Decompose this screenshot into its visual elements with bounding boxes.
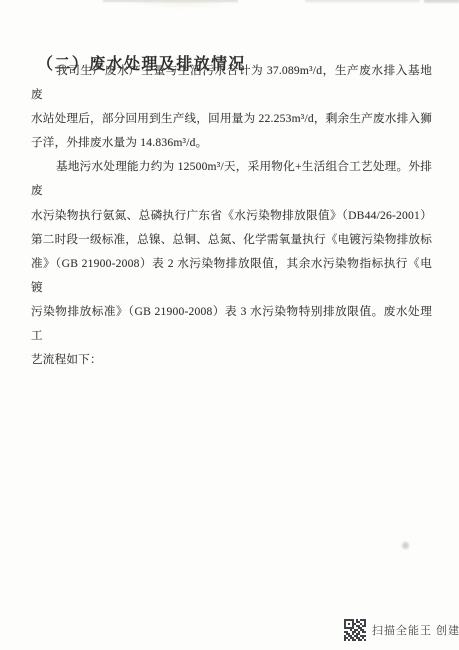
camscanner-watermark: 扫描全能王 创建 bbox=[344, 619, 459, 641]
qr-code-icon bbox=[344, 619, 366, 641]
text-line: 第二时段一级标准，总镍、总铜、总氮、化学需氧量执行《电镀污染物排放标 bbox=[31, 228, 432, 252]
watermark-label: 扫描全能王 创建 bbox=[372, 622, 459, 638]
text-line: 基地污水处理能力约为 12500m³/天，采用物化+生活组合工艺处理。外排废 bbox=[31, 155, 432, 203]
body-text: 我司生产废水产生量与生活污水合计为 37.089m³/d，生产废水排入基地废 水… bbox=[31, 59, 432, 372]
text-line: 艺流程如下： bbox=[31, 348, 432, 372]
text-line: 准》（GB 21900-2008）表 2 水污染物排放限值，其余水污染物指标执行… bbox=[31, 252, 432, 300]
scan-edge-artifact bbox=[424, 0, 459, 4]
text-line: 水站处理后，部分回用到生产线，回用量为 22.253m³/d，剩余生产废水排入狮 bbox=[31, 107, 432, 131]
text-line: 水污染物执行氨氮、总磷执行广东省《水污染物排放限值》（DB44/26-2001） bbox=[31, 204, 432, 228]
text-line: 污染物排放标准》（GB 21900-2008）表 3 水污染物特别排放限值。废水… bbox=[31, 300, 432, 348]
scanned-document-page: （二）废水处理及排放情况 我司生产废水产生量与生活污水合计为 37.089m³/… bbox=[0, 0, 459, 650]
scan-edge-artifact bbox=[305, 0, 420, 3]
text-line: 我司生产废水产生量与生活污水合计为 37.089m³/d，生产废水排入基地废 bbox=[31, 59, 432, 107]
scan-speck-artifact bbox=[401, 541, 410, 550]
scan-edge-artifact bbox=[128, 1, 238, 9]
scan-edge-artifact bbox=[103, 0, 238, 3]
text-line: 子洋，外排废水量为 14.836m³/d。 bbox=[31, 131, 432, 155]
